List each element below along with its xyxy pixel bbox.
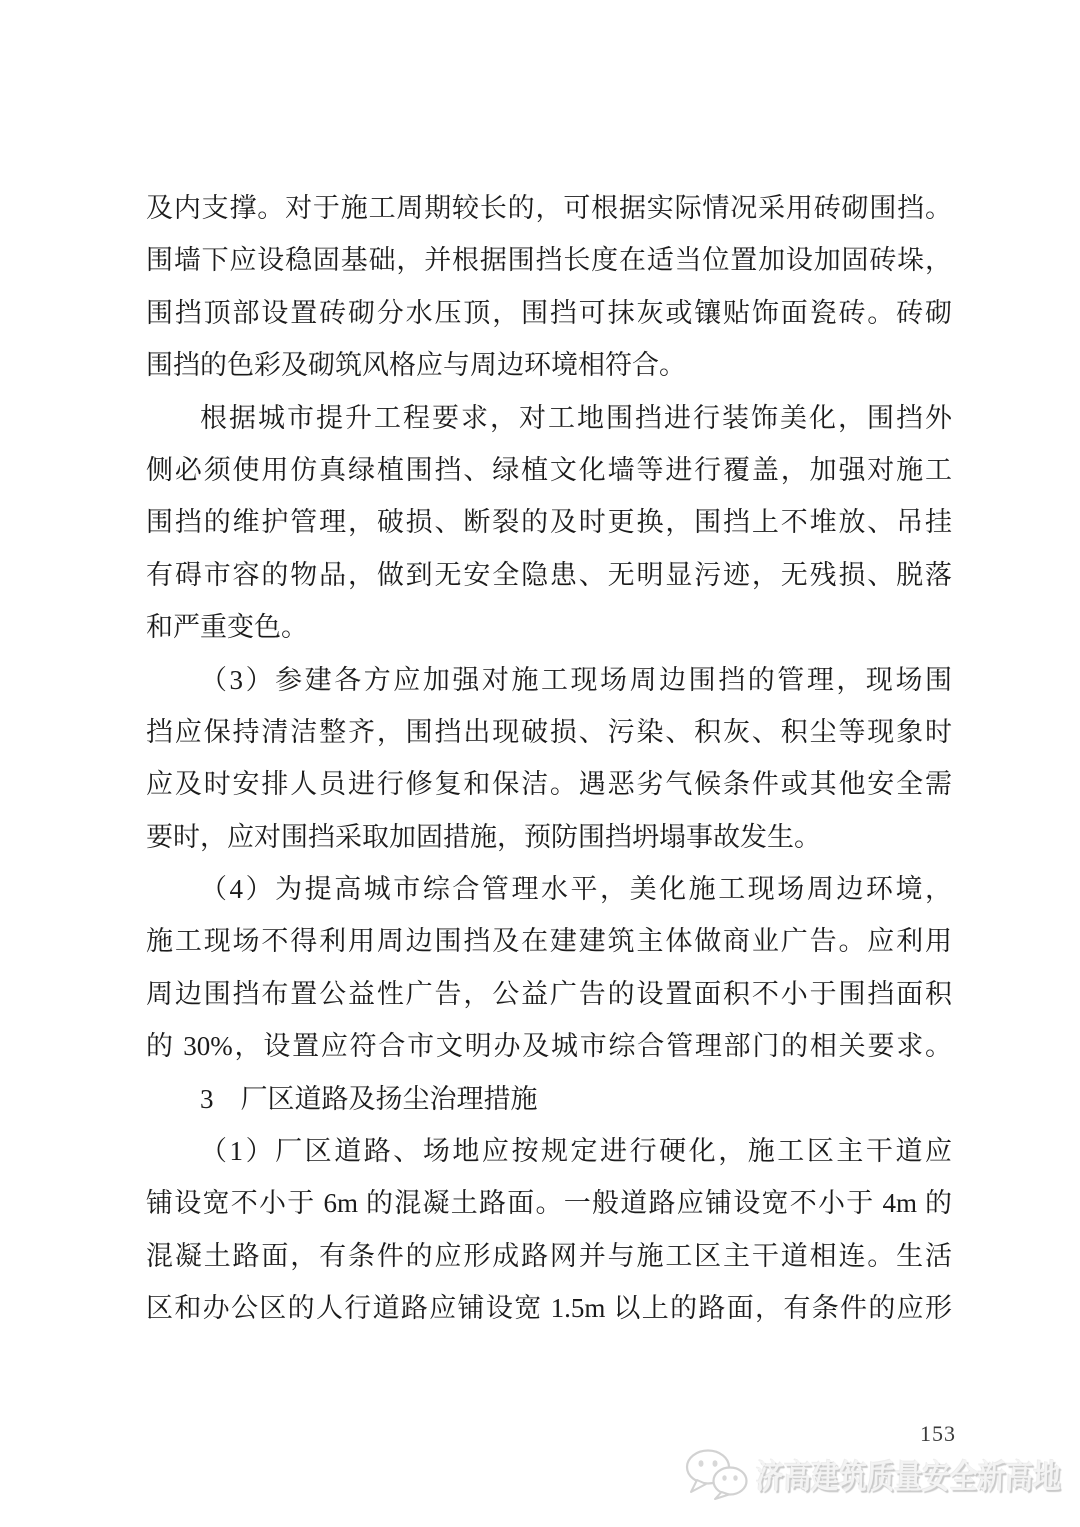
text-line: 挡应保持清洁整齐，围挡出现破损、污染、积灰、积尘等现象时 xyxy=(146,706,952,758)
text-line: 围挡顶部设置砖砌分水压顶，围挡可抹灰或镶贴饰面瓷砖。砖砌 xyxy=(146,287,952,339)
text-line: 的 30%，设置应符合市文明办及城市综合管理部门的相关要求。 xyxy=(146,1020,952,1072)
text-line: 及内支撑。对于施工周期较长的，可根据实际情况采用砖砌围挡。 xyxy=(146,182,952,234)
text-line: 周边围挡布置公益性广告，公益广告的设置面积不小于围挡面积 xyxy=(146,968,952,1020)
text-line: 围挡的色彩及砌筑风格应与周边环境相符合。 xyxy=(146,339,952,391)
text-line: 应及时安排人员进行修复和保洁。遇恶劣气候条件或其他安全需 xyxy=(146,758,952,810)
section-heading: 3 厂区道路及扬尘治理措施 xyxy=(146,1073,952,1125)
watermark: 济高建筑质量安全新高地 xyxy=(684,1448,1080,1500)
text-line: （4）为提高城市综合管理水平，美化施工现场周边环境， xyxy=(146,863,952,915)
wechat-icon xyxy=(684,1448,750,1500)
text-line: （1）厂区道路、场地应按规定进行硬化，施工区主干道应 xyxy=(146,1125,952,1177)
page-body: 及内支撑。对于施工周期较长的，可根据实际情况采用砖砌围挡。 围墙下应设稳固基础，… xyxy=(146,182,952,1335)
watermark-text: 济高建筑质量安全新高地 xyxy=(755,1451,1061,1498)
text-line: 施工现场不得利用周边围挡及在建建筑主体做商业广告。应利用 xyxy=(146,915,952,967)
text-line: 侧必须使用仿真绿植围挡、绿植文化墙等进行覆盖，加强对施工 xyxy=(146,444,952,496)
text-line: 要时，应对围挡采取加固措施，预防围挡坍塌事故发生。 xyxy=(146,811,952,863)
text-line: 和严重变色。 xyxy=(146,601,952,653)
text-line: 铺设宽不小于 6m 的混凝土路面。一般道路应铺设宽不小于 4m 的 xyxy=(146,1177,952,1229)
text-line: 混凝土路面，有条件的应形成路网并与施工区主干道相连。生活 xyxy=(146,1230,952,1282)
document-page: 及内支撑。对于施工周期较长的，可根据实际情况采用砖砌围挡。 围墙下应设稳固基础，… xyxy=(0,0,1080,1527)
text-line: 区和办公区的人行道路应铺设宽 1.5m 以上的路面，有条件的应形 xyxy=(146,1282,952,1334)
text-line: 围墙下应设稳固基础，并根据围挡长度在适当位置加设加固砖垛， xyxy=(146,234,952,286)
text-line: 围挡的维护管理，破损、断裂的及时更换，围挡上不堆放、吊挂 xyxy=(146,496,952,548)
text-line: 有碍市容的物品，做到无安全隐患、无明显污迹，无残损、脱落 xyxy=(146,549,952,601)
page-number: 153 xyxy=(920,1421,956,1447)
text-line: （3）参建各方应加强对施工现场周边围挡的管理，现场围 xyxy=(146,654,952,706)
text-line: 根据城市提升工程要求，对工地围挡进行装饰美化，围挡外 xyxy=(146,392,952,444)
